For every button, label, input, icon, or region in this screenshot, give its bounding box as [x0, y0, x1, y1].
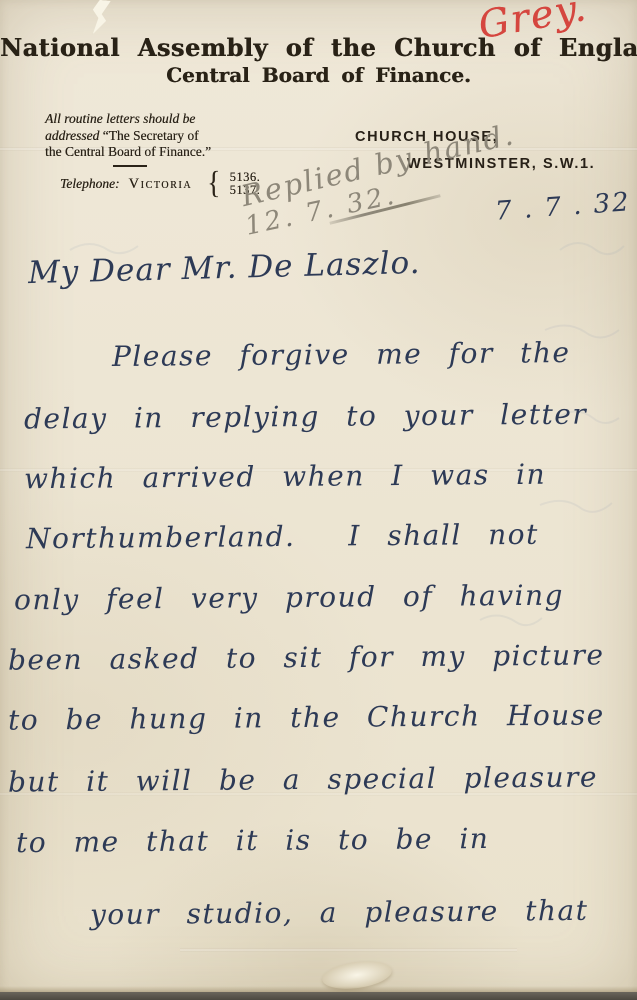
handwritten-line: only feel very proud of having — [14, 579, 564, 617]
divider-rule — [113, 165, 147, 167]
handwritten-line: Northumberland. I shall not — [26, 518, 539, 555]
telephone-exchange: Victoria — [129, 176, 193, 193]
handwritten-line: to me that it is to be in — [16, 822, 490, 859]
scanned-letter-page: Grey. National Assembly of the Church of… — [0, 0, 637, 1000]
handwritten-line: to be hung in the Church House — [8, 698, 605, 736]
handwritten-line: but it will be a special pleasure — [8, 760, 598, 798]
telephone-label: Telephone: — [60, 176, 120, 192]
scanner-background-strip — [0, 992, 637, 1000]
routing-note-line-1: All routine letters should be — [45, 111, 265, 128]
masthead-subtitle: Central Board of Finance. — [0, 63, 637, 87]
routing-note-line-2-roman: “The Secretary of — [103, 128, 199, 143]
masthead-title: National Assembly of the Church of Engla… — [0, 33, 637, 62]
handwritten-line: your studio, a pleasure that — [90, 894, 589, 931]
handwritten-line: Please forgive me for the — [112, 336, 571, 373]
handwritten-line: which arrived when I was in — [24, 458, 546, 496]
paper-tear-mark — [90, 0, 111, 36]
salutation: My Dear Mr. De Laszlo. — [28, 245, 421, 291]
handwritten-line: delay in replying to your letter — [24, 398, 587, 436]
handwritten-line: been asked to sit for my picture — [8, 638, 605, 676]
routing-note-line-2: addressed “The Secretary of — [45, 128, 265, 145]
handwritten-date: 7 . 7 . 32 — [494, 187, 632, 226]
fold-crease — [180, 948, 517, 952]
routing-note-word-addressed: addressed — [45, 128, 99, 143]
telephone-brace: { — [207, 168, 220, 200]
telephone-row: Telephone: Victoria { 5136. 5137. — [60, 170, 260, 198]
routing-note: All routine letters should be addressed … — [45, 111, 265, 161]
routing-note-line-3: the Central Board of Finance.” — [45, 144, 265, 161]
